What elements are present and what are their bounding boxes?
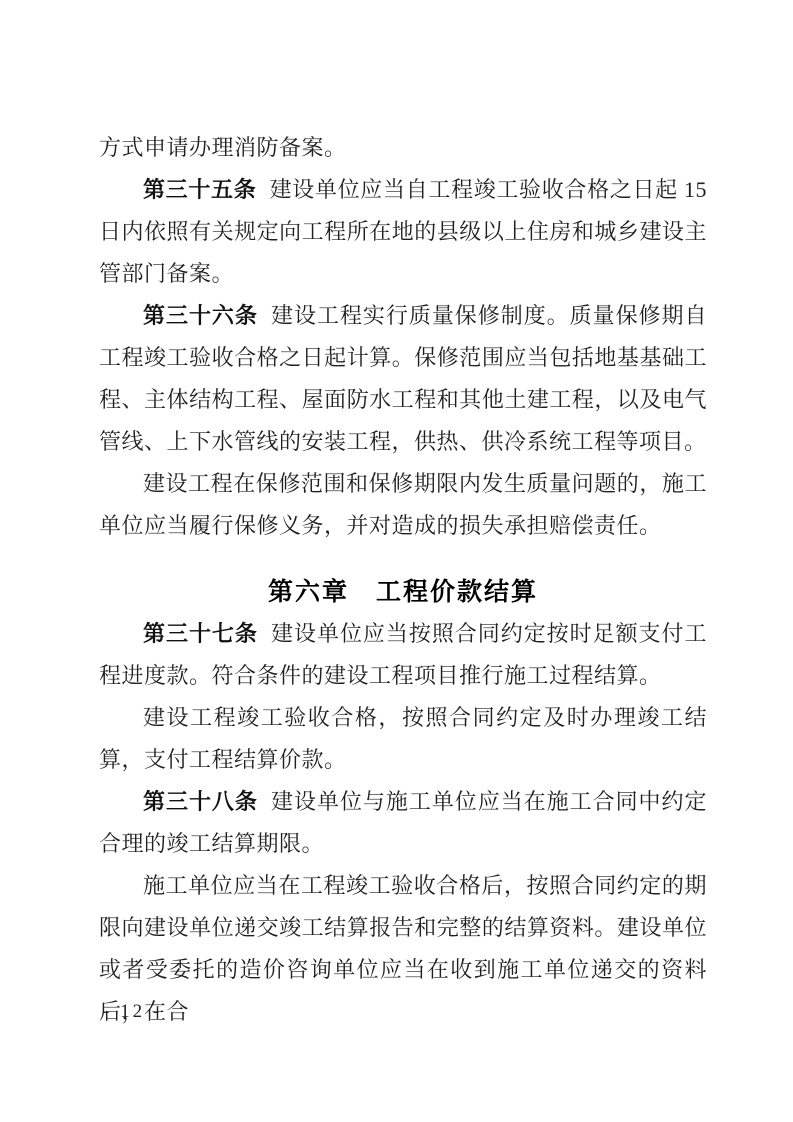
article-number: 第三十六条 <box>143 303 258 328</box>
paragraph-text: 建设工程在保修范围和保修期限内发生质量问题的，施工单位应当履行保修义务，并对造成… <box>99 471 707 538</box>
paragraph-text: 施工单位应当在工程竣工验收合格后，按照合同约定的期限向建设单位递交竣工结算报告和… <box>99 873 707 1024</box>
chapter-heading: 第六章 工程价款结算 <box>99 571 707 613</box>
paragraph: 建设工程在保修范围和保修期限内发生质量问题的，施工单位应当履行保修义务，并对造成… <box>99 463 707 547</box>
page-number: - 12 - <box>103 998 162 1026</box>
paragraph: 施工单位应当在工程竣工验收合格后，按照合同约定的期限向建设单位递交竣工结算报告和… <box>99 865 707 1033</box>
article-number: 第三十八条 <box>143 789 258 814</box>
paragraph: 第三十五条建设单位应当自工程竣工验收合格之日起 15 日内依照有关规定向工程所在… <box>99 169 707 295</box>
paragraph: 第三十六条建设工程实行质量保修制度。质量保修期自工程竣工验收合格之日起计算。保修… <box>99 295 707 463</box>
paragraph-text: 建设工程竣工验收合格，按照合同约定及时办理竣工结算，支付工程结算价款。 <box>99 705 707 772</box>
document-content: 方式申请办理消防备案。第三十五条建设单位应当自工程竣工验收合格之日起 15 日内… <box>99 127 707 1033</box>
paragraph: 第三十八条建设单位与施工单位应当在施工合同中约定合理的竣工结算期限。 <box>99 781 707 865</box>
paragraph: 建设工程竣工验收合格，按照合同约定及时办理竣工结算，支付工程结算价款。 <box>99 697 707 781</box>
paragraph-text: 方式申请办理消防备案。 <box>99 135 347 160</box>
article-number: 第三十五条 <box>143 177 256 202</box>
article-number: 第三十七条 <box>143 621 258 646</box>
paragraph: 方式申请办理消防备案。 <box>99 127 707 169</box>
document-page: 方式申请办理消防备案。第三十五条建设单位应当自工程竣工验收合格之日起 15 日内… <box>0 0 793 1122</box>
paragraph: 第三十七条建设单位应当按照合同约定按时足额支付工程进度款。符合条件的建设工程项目… <box>99 613 707 697</box>
